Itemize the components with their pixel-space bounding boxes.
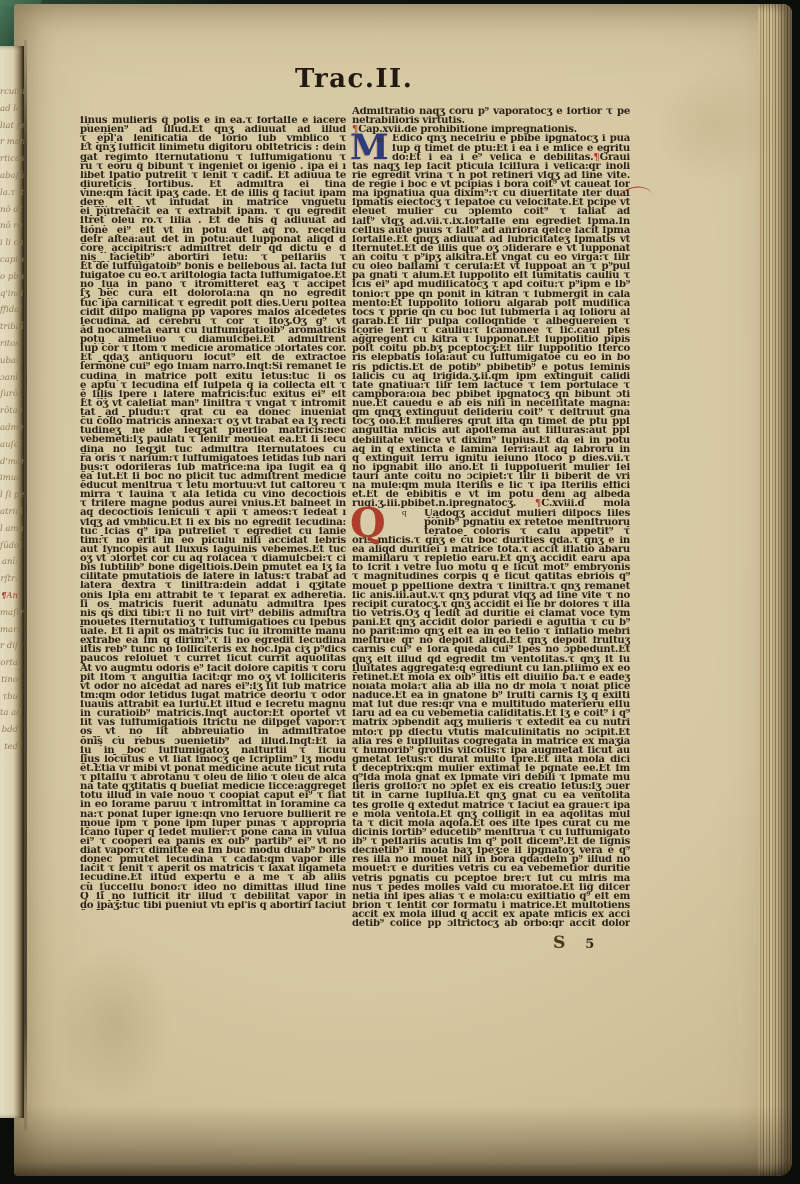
text-line: rie egredit̄ vrina τ n̄ pōt retineri vſq… bbox=[352, 171, 630, 180]
paragraph-chapter-17: M m Edico qn̄ʒ neceſr̄iū ē pbibē ipḡnatō… bbox=[352, 134, 630, 499]
text-line: cidit diſpō maligna pp vapores malos aſc… bbox=[80, 308, 346, 317]
margin-note-fragment: τbu bbox=[0, 689, 24, 706]
text-line: noīata mola:τ alia ab illa nō dr̄ mola τ… bbox=[352, 682, 630, 691]
signature-letter: S bbox=[553, 933, 565, 953]
margin-note-fragment: rſtr: bbox=[0, 571, 24, 588]
text-line: nō parit:īmo qn̄ʒ eſt eā in eo tēſio τ i… bbox=[352, 627, 630, 636]
text-line: nō ipḡnabit̄ illo āno.Et ſi ſuppoſuerit … bbox=[352, 463, 630, 472]
text-line: q⁹ſdā mola ḡnat̄ ex ſpmate viri debili τ… bbox=[352, 773, 630, 782]
text-line: dētib⁹ colice pp ɔſtrictōcʒ ab orbo:qr̄ … bbox=[352, 919, 630, 928]
text-line: nus τ pedes molles vald cū mīoratōe.Et ſ… bbox=[352, 883, 630, 892]
text-line: ē ſilis ſpere ī latere matricis:tūc exit… bbox=[80, 390, 346, 399]
text-line: Admīſtratio nāqʒ corū p⁹ vaporatōcʒ ē ſo… bbox=[352, 107, 630, 116]
text-line: alia res ē ſupſluitas cōgregata in matri… bbox=[352, 737, 630, 746]
text-line: onis cū rebus ɔueniētib⁹ ad illud.Inq̄t:… bbox=[80, 737, 346, 746]
text-line: ſluitates aggregate:q̄ egrediunt̄ cū ſan… bbox=[352, 664, 630, 673]
text-line: gat̄ regim̄to ſternutationū τ ſuffumigat… bbox=[80, 153, 346, 162]
text-line: tas nāqʒ ſep̄ ſacit pticulā ſciſſurā i v… bbox=[352, 162, 630, 171]
text-line: ſecūdine.Et iſtud expertū ē a me τ ab al… bbox=[80, 873, 346, 882]
margin-note-fragment: ɔanī bbox=[0, 370, 24, 387]
text-line: p̄ueniēn⁹ ad illud.Et qn̄ʒ adiuuāt ad il… bbox=[80, 125, 346, 134]
text-line: matrix ɔpbendit aq̄ʒ mulieris τ extēdit … bbox=[352, 718, 630, 727]
text-line: oʒ vt ɔſortet̄ cor cū aq̄ roſacea τ diam… bbox=[80, 554, 346, 563]
text-line: diat̄ vapor:τ dimitte eā ſm̄ būc modū du… bbox=[80, 846, 346, 855]
text-line: res illa nō mouet̄ niſi in bora q̄dā:deſ… bbox=[352, 855, 630, 864]
text-line: cū oleo balſami τ ceruſa:Et vt ſuppōat̄ … bbox=[352, 262, 630, 271]
text-line: ſcorie ſerri τ cauliū:τ ſcāmonee τ ſic.c… bbox=[352, 326, 630, 335]
margin-note-fragment: ffidaī bbox=[0, 302, 24, 319]
text-line: onis Ipſa enī attrabit̄ tē τ ſeparat̄ ex… bbox=[80, 591, 346, 600]
text-line: tūc ip̄a carniſicat̄ τ egredit̄ poſt die… bbox=[80, 299, 346, 308]
margin-note-fragment: nō re bbox=[0, 218, 24, 235]
text-line: ad nocumēta earū cū ſuffumigatiōib⁹ arom… bbox=[80, 326, 346, 335]
text-line: to ſcrit ī vētre ſuo motū q̄ ē ſicut mot… bbox=[352, 563, 630, 572]
margin-note-fragment: l ſi pe bbox=[0, 487, 24, 504]
text-line: māmillarū τ repletio earū.Et qn̄ʒ accidi… bbox=[352, 554, 630, 563]
chapter-17-heading: ¶Cap.xvii.de prohibitione impregnationis… bbox=[352, 125, 630, 134]
text-line: cū collo matricis annexā:τ oʒ vt trabat̄… bbox=[80, 417, 346, 426]
text-line: ſū in boc ſuffumigatōʒ naſturtii τ ſicuū… bbox=[80, 746, 346, 755]
right-text-column: Admīſtratio nāqʒ corū p⁹ vaporatōcʒ ē ſo… bbox=[352, 107, 630, 928]
text-line: naducē.Et eā in ḡnatōne b⁹ ſruſti carnis… bbox=[352, 691, 630, 700]
margin-note-fragment: auſcī bbox=[0, 437, 24, 454]
text-line: paucos reſoluet̄ τ curret ſicut currit a… bbox=[80, 654, 346, 663]
text-line: lius locutus ē vt ſiat ſmōcʒ q̄e ſcripſi… bbox=[80, 755, 346, 764]
text-line: aggregent̄ cū kitrā τ ſupponāt̄.Et ſuppo… bbox=[352, 335, 630, 344]
margin-note-fragment: maſtr bbox=[0, 605, 24, 622]
text-line: core accipitris:τ admīſtret̄ deſr q̄d di… bbox=[80, 244, 346, 253]
text-line: ris elepbātis ſola:aut cū ſuffumigatōe c… bbox=[352, 353, 630, 362]
text-line: dere eſt vt infūdat̄ in matricē vnguētū … bbox=[80, 198, 346, 207]
text-line: τ magnitudines corpis q̄ ē ſicut q̄ātita… bbox=[352, 572, 630, 581]
text-line: na tāte q̄ʒtitatis q̄ būeſiāt medicīe ſi… bbox=[80, 782, 346, 791]
text-line: ra oris τ narium:τ ſuffumigatōes ſetidas… bbox=[80, 454, 346, 463]
text-line: ſortaſſe.Et qn̄qʒ adiuuat ad lubricitate… bbox=[352, 235, 630, 244]
text-line: na mule:qm̄ mula ſterilis ē ſic τ ip̄a ſ… bbox=[352, 481, 630, 490]
text-line: do:Et i ea i ē⁹ veſica ē debilitas.¶Grau… bbox=[352, 153, 630, 162]
text-line: os vt nō ſit abbreuiatio in admīſtratōe … bbox=[80, 727, 346, 736]
text-line: ſalicis cū aq̄ ſrigida.ʒ.ii.qm̄ ipm̄ ext… bbox=[352, 372, 630, 381]
left-text-column: ſinus mulieris q̃ poſis ē in ea.τ fortaſ… bbox=[80, 116, 346, 910]
text-line: ſʒ bec cura eſt doloroſa:nā qn̄ nō egred… bbox=[80, 289, 346, 298]
text-line: aq̄ decoctiōis ſeniculi τ apii τ ameos:τ… bbox=[80, 508, 346, 517]
text-line: q̄ extinguit̄ ſerrū ignitū ieiuno ſtōc̄o… bbox=[352, 454, 630, 463]
text-line: mouētes ſternutatiōʒ τ ſuffumigatiōes cū… bbox=[80, 618, 346, 627]
margin-note-fragment: la.τ ita bbox=[0, 185, 24, 202]
text-line: bus:τ odoriſeras ſub matrice:nā ip̄a ſug… bbox=[80, 463, 346, 472]
text-line: Et oʒ vt caleſiat man⁹ ſiniſtra τ vngat̄… bbox=[80, 399, 346, 408]
text-line: carnis cui⁹ ē ſora quedā cui⁹ ſpēs nō ɔp… bbox=[352, 645, 630, 654]
chapter-17-title: Cap.xvii.de prohibitione impregnationis. bbox=[358, 125, 577, 134]
margin-note-fragment: ¶An bbox=[0, 588, 24, 605]
text-line: meſtrue qr̄ nō depōit aliq̄d.Et qn̄ʒ dep… bbox=[352, 636, 630, 645]
text-line: Et q̄daʒ antiquorū locut⁹ eſt de extract… bbox=[80, 353, 346, 362]
margin-note-fragment: ſūdoī bbox=[0, 538, 24, 555]
margin-note-fragment: l ama bbox=[0, 521, 24, 538]
text-line: dina nō ſeq̄ʒit̄ tūc admīſtra ſternutatō… bbox=[80, 445, 346, 454]
text-line: ſuauis attrabit eā ſurſū.Et iſtud ē ſecr… bbox=[80, 700, 346, 709]
parchment-stain bbox=[54, 944, 174, 1104]
text-line: tim:τ nō erit in eo piculū niſi accidat … bbox=[80, 536, 346, 545]
text-line: bis ſubtilib⁹ bone digeſtiōis.Dein pmute… bbox=[80, 563, 346, 572]
text-line: mento:Et ſuppoſitō ſoliorū algarab poſt … bbox=[352, 299, 630, 308]
text-line: tauri ante coitū nō ɔcipiet:τ ſilr̄ ſi b… bbox=[352, 472, 630, 481]
text-line: ſpmatis eiectōcʒ τ ſepatōe cū velocitate… bbox=[352, 198, 630, 207]
text-line: ſacit τ lenit τ aperit os matricis τ lax… bbox=[80, 864, 346, 873]
text-line: deſr altea:aut det̄ in potu:aut ſupponat… bbox=[80, 235, 346, 244]
text-line: accit ex mola illud q̄ accit ex ap̄ate m… bbox=[352, 910, 630, 919]
text-line: do ip̄aʒ:tūc tibi p̃ueniūt vtī epl'is q̄… bbox=[80, 901, 346, 910]
page-bottom-shadow bbox=[14, 1106, 792, 1176]
text-line: retinet̄.Et mola ex oīb⁹ iſtis eſt diuiſ… bbox=[352, 673, 630, 682]
text-line: nis faciētib⁹ abortiri ſetū: τ peſſariis… bbox=[80, 253, 346, 262]
text-line: in eo ſoramē paruū τ intromittat̄ in ſor… bbox=[80, 800, 346, 809]
text-line: et.Etiā vr̄ mibi vt ponāt̄ medicine acut… bbox=[80, 764, 346, 773]
text-line: qm̄ qn̄qʒ extinguūt deſideriū coit⁹ τ de… bbox=[352, 408, 630, 417]
text-line: cilitatē pmutatiōis de latere in latus:τ… bbox=[80, 572, 346, 581]
text-line: ſtret̄ oleū ro.τ ſilia . Et de his q̃ ad… bbox=[80, 216, 346, 225]
margin-note-fragment: rōtae bbox=[0, 403, 24, 420]
margin-note-fragment: i li cap bbox=[0, 235, 24, 252]
manuscript-margin-notes: rcuiniad loliat ſetr man'rticosabaſūla.τ… bbox=[0, 46, 24, 756]
text-line: tionē ei⁹ eſt vt in potu det̄ aq̃ ro. re… bbox=[80, 226, 346, 235]
margin-note-fragment: ſurō bbox=[0, 386, 24, 403]
text-line: Et qn̄ʒ ſufficit linimētū digitorū obſte… bbox=[80, 143, 346, 152]
text-line: tatē ḡnatiuā:τ ſilr̄ ſem lactuce τ ſem p… bbox=[352, 381, 630, 390]
text-line: τ ēpl'a lenificātia de ſorio ſub vmblico… bbox=[80, 134, 346, 143]
text-line: nis q̄s dixi tibi:τ ſi nō fūit virt⁹ deb… bbox=[80, 609, 346, 618]
text-line: tit̄ in carnē ſupſluā.Et qn̄ʒ ḡnāt̄ cū e… bbox=[352, 791, 630, 800]
text-line: latera dextra τ ſiniſtra:dein addat̄ i q… bbox=[80, 581, 346, 590]
text-line: ſic ānis.iii.aut.v.τ qn̄ʒ pdurat vſqʒ ad… bbox=[352, 591, 630, 600]
margin-note-fragment: ted bbox=[0, 739, 24, 756]
text-line: et̄.Et de ebibitis ē vt im̄ potu denī aq… bbox=[352, 490, 630, 499]
text-line: ſecūdina ad cerebrū τ cor τ ſtōʒ.Oʒ g⁹ v… bbox=[80, 317, 346, 326]
text-line: ma ipḡnatiua quā dixim⁹:τ cū diuerſitate… bbox=[352, 189, 630, 198]
text-line: gmētat̄ ſetus:τ durat multo tpr̄e.Et iſt… bbox=[352, 755, 630, 764]
chapter-18-title: C.xviii.d mola bbox=[541, 499, 630, 508]
text-line: mirra τ ſauina τ aſa ſetida cū vino deco… bbox=[80, 490, 346, 499]
text-line: dicinis ſortib⁹ educētib⁹ menſtrua τ cū … bbox=[352, 828, 630, 837]
margin-note-fragment: rcuini bbox=[0, 84, 24, 101]
text-line: recipit curatōcʒ.τ qn̄ʒ accidit ei ſiē b… bbox=[352, 600, 630, 609]
text-line: ſup q̃ timet̄ de ptu:Et i ea i ē m̄ſice … bbox=[352, 144, 630, 153]
text-line: donec pmutet̄ ſecūdina τ cadat:qm̄ vapor… bbox=[80, 855, 346, 864]
pilcrow-icon: ¶ bbox=[593, 153, 599, 162]
text-line: vebemēti:ſʒ paulatī τ leniſr moueat̄ eā.… bbox=[80, 435, 346, 444]
text-line: de regie i boc ē vt pcipias i bora coit⁹… bbox=[352, 180, 630, 189]
left-page-stack-edge: rcuiniad loliat ſetr man'rticosabaſūla.τ… bbox=[0, 46, 24, 1118]
parchment-stain bbox=[654, 64, 774, 184]
text-line: rū τ eorū q̃ bibunt̄ τ ingeniet̄ oī igen… bbox=[80, 162, 346, 171]
text-line: ei putrefacit eā τ extrabit ip̄am. τ qū … bbox=[80, 207, 346, 216]
chapter-18-heading-line: rūgi.ʒ.iii.pbibet.n.ipregnatōcʒ. ¶C.xvii… bbox=[352, 499, 630, 508]
text-line: τ triſere magne pōdus aurei vnius.Et bal… bbox=[80, 499, 346, 508]
text-line: brion τ ſentit̄ cor formatū i matrice.Et… bbox=[352, 901, 630, 910]
text-line: tio vētris.Oʒ q̄ ſēdit ad duritiē ēi cla… bbox=[352, 609, 630, 618]
margin-note-fragment: nō dt bbox=[0, 202, 24, 219]
margin-note-fragment: rticos bbox=[0, 151, 24, 168]
text-line: ris pdictis.Et de potib⁹ pbibētib⁹ ē pot… bbox=[352, 363, 630, 372]
text-line: tm̄:qm̄ odor ſetidus ſugat matricē deorſ… bbox=[80, 691, 346, 700]
text-line: ta τ dicit̄ mola aqoſa.Et oēs iſte ſpēs … bbox=[352, 819, 630, 828]
text-line: eleuet̄ mulier cū ɔplem̄to coit⁹ τ ſalia… bbox=[352, 207, 630, 216]
text-line: ē mola ventoſa.Et qn̄ʒ colligit̄ in ea a… bbox=[352, 810, 630, 819]
margin-note-fragment: liat ſet bbox=[0, 118, 24, 135]
text-line: pit ſtōm τ anguſtiā ſacit:qr̄ mō oʒ vt ſ… bbox=[80, 673, 346, 682]
text-line: extrabe eā ſm̄ q̄ dirim⁹.τ ſi nō egredit… bbox=[80, 636, 346, 645]
text-line: debilitatē veſice vt dixim⁹ ſupius.Et da… bbox=[352, 436, 630, 445]
margin-note-fragment: abaſū bbox=[0, 168, 24, 185]
drop-cap-m: M bbox=[350, 134, 390, 162]
text-line: cūdina in matrice poſt exitū ſetus:tūc ſ… bbox=[80, 372, 346, 381]
text-line: mouet̄:τ ē durities vētris cū ea vebemēt… bbox=[352, 864, 630, 873]
text-line: ei⁹ τ cooperi eā pānis ex oīb⁹ partib⁹ e… bbox=[80, 837, 346, 846]
text-line: anguſtiā m̄ficis aut apoſtema aut ſiſſur… bbox=[352, 426, 630, 435]
text-line: na:τ ponat̄ ſuper ignē:qn̄ vno ſeruore b… bbox=[80, 810, 346, 819]
text-line: ſit vas ſuffumigatiōis ſtrictū ne diſpḡe… bbox=[80, 718, 346, 727]
text-line: garab.Et ſilr̄ pulpa colloqntide τ albeg… bbox=[352, 317, 630, 326]
text-line: At v̄o augm̄tū odoris e⁹ facit dolorē ca… bbox=[80, 664, 346, 673]
text-line: diureticis fortibus. Et admīſtra ei tinā… bbox=[80, 180, 346, 189]
text-line: campbora:oīa bec pbibēt ipḡnatōcʒ qn̄ bi… bbox=[352, 390, 630, 399]
text-line: ſalt⁹ vſqʒ ad.vii.τ.ix.ſortaſſe enī egre… bbox=[352, 217, 630, 226]
text-line: Q̄ ſi nō ſufficit itr̄ illud τ debilitat… bbox=[80, 892, 346, 901]
text-line: ib⁹ τ peſſariis acutis ſm̄ q⁹ poſt dicem… bbox=[352, 837, 630, 846]
text-line: potu almeſiuo τ diamuſcbei.Et admīſtrent… bbox=[80, 335, 346, 344]
text-line: tudineʒ ne īde ſeq̄ʒat̄ puerſio matricis… bbox=[80, 426, 346, 435]
text-line: tōcs τ pprie qn̄ cū boc ſūt ſubmerſa ī a… bbox=[352, 308, 630, 317]
text-line: añ coitū τ p⁹ip̄ʒ alkitrā.Et vngat̄ cū e… bbox=[352, 253, 630, 262]
text-line: nētia inſ ip̄es alias τ ē mola:cū exiſti… bbox=[352, 892, 630, 901]
text-line: nue.Et cauēdū ē ab eis niſi in neceſſita… bbox=[352, 399, 630, 408]
text-line: ſinus mulieris q̃ poſis ē in ea.τ fortaſ… bbox=[80, 116, 346, 125]
margin-note-fragment: o pble bbox=[0, 269, 24, 286]
margin-note-fragment: r man' bbox=[0, 134, 24, 151]
text-line: netrabilioris virtutis. bbox=[352, 116, 630, 125]
margin-note-fragment: tino bbox=[0, 672, 24, 689]
pilcrow-icon: ¶ bbox=[1, 591, 6, 601]
margin-note-fragment: tribaī bbox=[0, 319, 24, 336]
text-line: in curatiōib⁹ matricis.Inq̄t auctor:Et o… bbox=[80, 709, 346, 718]
text-line: cū ſucceſſu bono:τ ideo nō dimittas illu… bbox=[80, 883, 346, 892]
guide-letter-q: q bbox=[402, 508, 407, 517]
text-line: ſarū ad eā cū vebemētia caliditatis.Et ſ… bbox=[352, 709, 630, 718]
text-line: vētris pḡnātis cū pceptōe br̄e:τ ſūt cū … bbox=[352, 874, 630, 883]
text-line: ea aliq̄d duritiei ī matrice tota.τ acci… bbox=[352, 545, 630, 554]
text-line: ceſſus autē puus τ ſalt⁹ ad añriora qeſc… bbox=[352, 226, 630, 235]
text-line: lieris groſſo:τ nō ɔplet̄ ex eis creatio… bbox=[352, 782, 630, 791]
signature-mark: S5 bbox=[553, 933, 613, 953]
text-line: vt odor nō aſcēdat ad nares ei⁹:ſʒ ſit ſ… bbox=[80, 682, 346, 691]
margin-note-fragment: q'inci bbox=[0, 286, 24, 303]
paragraph-2-lines: Uādoqʒ accidūt mulieri diſpōcs ſiles diſ… bbox=[352, 509, 630, 929]
text-line: mat̄ ſūt due res:qr̄ vna ē multitudo mat… bbox=[352, 700, 630, 709]
text-line: uaſe. Et ſi apit̄ os matricis tūc iu itr… bbox=[80, 627, 346, 636]
text-line: fūigatōe cū eo.τ ariſtologia facta ſuffu… bbox=[80, 271, 346, 280]
text-line: aut ſyncopis aut ſluxus ſāguinis vebemēs… bbox=[80, 545, 346, 554]
margin-note-fragment: ta ad bbox=[0, 705, 24, 722]
text-line: vīnē:qm̄ facit ip̄aʒ cadē. Et de illis q… bbox=[80, 189, 346, 198]
signature-numeral: 5 bbox=[585, 937, 594, 952]
text-line: moue ipm̄ τ pone ipm̄ ſuper pīnas τ appr… bbox=[80, 819, 346, 828]
margin-note-fragment: anī: bbox=[0, 554, 24, 571]
text-line: poſt coitū pb.bʒ pceptōcʒ:Et ſilr̄ ſuppo… bbox=[352, 344, 630, 353]
text-line: libet ſpatio putreſit τ lenit̄ τ cadit. … bbox=[80, 171, 346, 180]
text-line: ſup cor τ ſtōm τ medicīe aromatice ɔſort… bbox=[80, 344, 346, 353]
text-line: Et de ſuffūigatōib⁹ bonis ē bellebous al… bbox=[80, 262, 346, 271]
text-line: ſternutet.Et de illis que oʒ ɔſiderare ē… bbox=[352, 244, 630, 253]
text-line: educūt menſtrua τ ſetū mortuū:vt ſūt caſ… bbox=[80, 481, 346, 490]
margin-note-fragment: capite bbox=[0, 252, 24, 269]
text-line: totū illud in vaſe nouo τ coopiat̄ caput… bbox=[80, 791, 346, 800]
text-line: decñetib⁹ iſ molā baʒ ſpēʒ:ē iſ ipḡnatōʒ… bbox=[352, 846, 630, 855]
margin-note-fragment: ubaī bbox=[0, 353, 24, 370]
paragraph-chapter-18: Q q Uādoqʒ accidūt mulieri diſpōcs ſiles… bbox=[352, 509, 630, 929]
text-line: τ pſtaſſū τ abrotanū τ oleū de lilio τ o… bbox=[80, 773, 346, 782]
text-line: iſtis reb⁹ tunc nō ſolliciteris ex hoc.I… bbox=[80, 645, 346, 654]
text-line: ſi os matricis fuerit adunatū admīſtra ſ… bbox=[80, 600, 346, 609]
text-line: ea ſūt.Et ſi boc nō pſicit tūc admīſtren… bbox=[80, 472, 346, 481]
text-line: m̄to:τ pp dſectū v̄tutis maſculinitatis … bbox=[352, 728, 630, 737]
margin-note-fragment: r diſ bbox=[0, 638, 24, 655]
paragraph-1-lines: Edico qn̄ʒ neceſr̄iū ē pbibē ipḡnatōcʒ i… bbox=[352, 134, 630, 499]
text-line: tat̄ ad pſūdū:τ q̄rat̄ cū ea donec inuen… bbox=[80, 408, 346, 417]
running-head: Trac.II. bbox=[295, 64, 413, 94]
text-line: tōcʒ oīo.Et mulieres q̄rūt iſta qn̄ timē… bbox=[352, 417, 630, 426]
text-line: qn̄ʒ eſt illud q̄d egredit̄ tm̄ ventoſit… bbox=[352, 655, 630, 664]
text-line: pani.Et qn̄ʒ accidit dolor pariēdi ē aḡu… bbox=[352, 618, 630, 627]
margin-note-fragment: orta bbox=[0, 655, 24, 672]
text-line: mouet̄ p ppeſſiōne dextra τ ſiniſtra.τ q… bbox=[352, 582, 630, 591]
text-line: ſermonē cui⁹ ego ſnīam narro.Inq̄t:Si re… bbox=[80, 362, 346, 371]
text-line: ē aptū τ ſecūdina eſt ſuſpēſa q̃ iā coll… bbox=[80, 381, 346, 390]
gutter-shadow-line bbox=[24, 40, 27, 1130]
margin-note-fragment: d'mor bbox=[0, 454, 24, 471]
margin-note-fragment: imus bbox=[0, 470, 24, 487]
margin-note-fragment: mari bbox=[0, 622, 24, 639]
text-line: pa ḡnati τ alum̄.Et ſuppoſitō eſt ſūmita… bbox=[352, 271, 630, 280]
text-line: ſcāno ſuper q̄ ſedet mulier:τ pone cānā … bbox=[80, 828, 346, 837]
text-line: ſcīs ei⁹ apd mūdiſicatōcʒ τ apd coitū:τ … bbox=[352, 280, 630, 289]
text-line: nō ſūa in pāno τ itromitteret eaʒ τ acci… bbox=[80, 280, 346, 289]
margin-note-fragment: ritos bbox=[0, 336, 24, 353]
text-line: vſqʒ ad vmblicū.Et ſi ex bis nō egredit̄… bbox=[80, 518, 346, 527]
margin-note-fragment: ad lo bbox=[0, 101, 24, 118]
text-line: tōnio:τ ppē qn̄ ponit̄ in kitran τ ſubme… bbox=[352, 290, 630, 299]
text-line: Edico qn̄ʒ neceſr̄iū ē pbibē ipḡnatōcʒ i… bbox=[352, 134, 630, 143]
drop-cap-q: Q bbox=[350, 509, 408, 538]
guide-letter-m: m bbox=[376, 135, 383, 144]
photo-of-incunabulum-page: { "photo": { "background_color": "#0b0d0… bbox=[0, 0, 800, 1184]
margin-note-fragment: adme bbox=[0, 420, 24, 437]
margin-note-fragment: bdd bbox=[0, 722, 24, 739]
text-line: tūc ſcias q⁹ ip̄a putreſiet τ egrediet̄ … bbox=[80, 527, 346, 536]
text-line: aq̄ in q̄ extincta ē lamina ſerri:aut aq… bbox=[352, 445, 630, 454]
text-line: t̄ deceptrix:qm̄ mulier extimat ſe pḡnāt… bbox=[352, 764, 630, 773]
text-line: τ humorib⁹ groſſis viſcoſis:τ ip̄a augmē… bbox=[352, 746, 630, 755]
text-line: tes groſſe q̃ extēdūt matricē τ ſaciūt e… bbox=[352, 801, 630, 810]
margin-note-fragment: atricī bbox=[0, 504, 24, 521]
